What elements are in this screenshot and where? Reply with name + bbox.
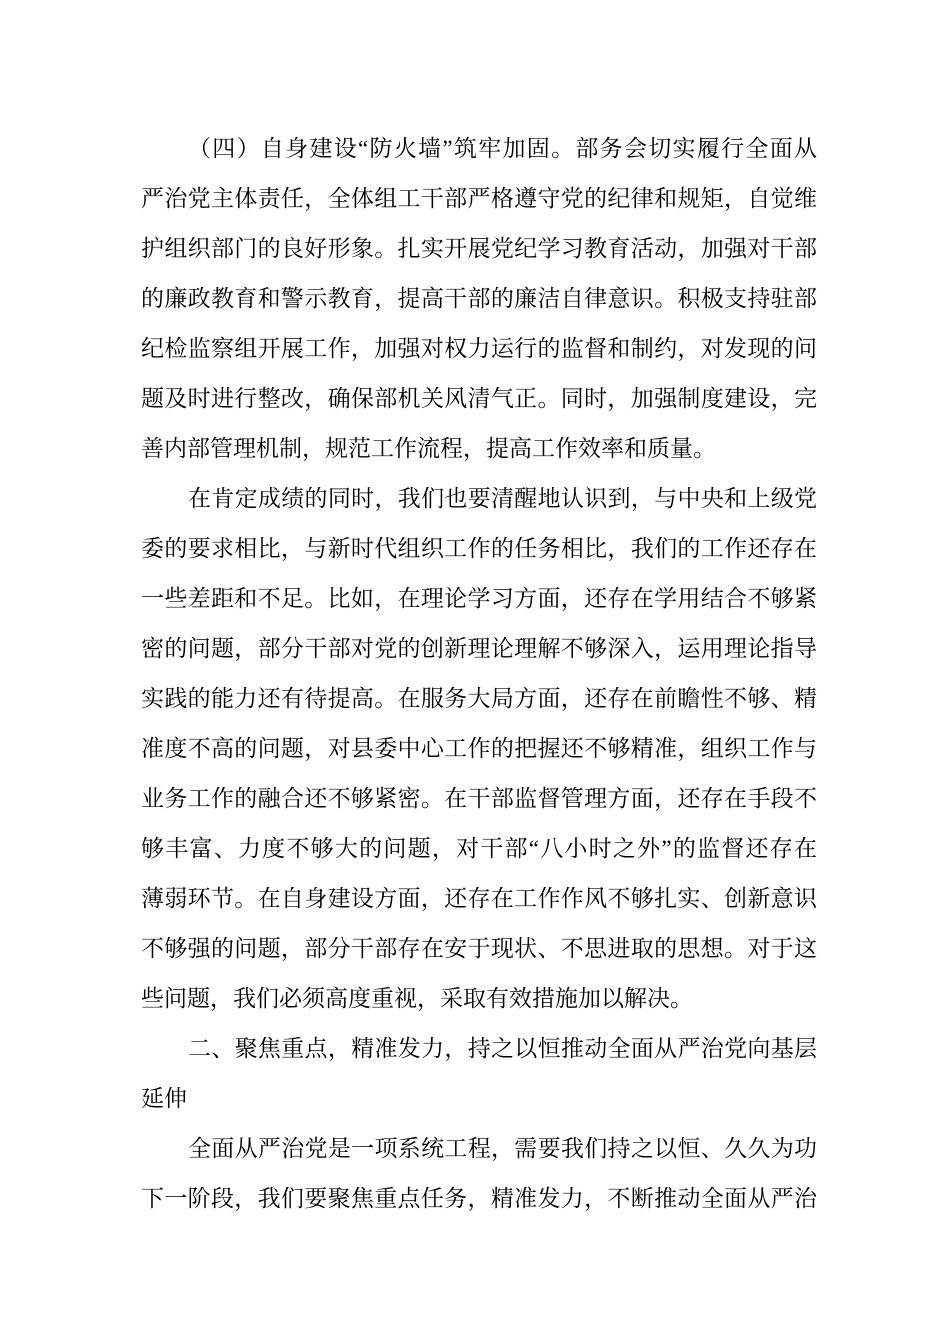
text-line: 严治党主体责任，全体组工干部严格遵守党的纪律和规矩，自觉维: [141, 174, 817, 224]
section-heading-line: 延伸: [141, 1074, 817, 1124]
text-line: 不够强的问题，部分干部存在安于现状、不思进取的思想。对于这: [141, 924, 817, 974]
text-line: 在肯定成绩的同时，我们也要清醒地认识到，与中央和上级党: [141, 474, 817, 524]
text-line: 护组织部门的良好形象。扎实开展党纪学习教育活动，加强对干部: [141, 224, 817, 274]
text-line: 下一阶段，我们要聚焦重点任务，精准发力，不断推动全面从严治: [141, 1174, 817, 1224]
text-line: 业务工作的融合还不够紧密。在干部监督管理方面，还存在手段不: [141, 774, 817, 824]
text-line: 够丰富、力度不够大的问题，对干部“八小时之外”的监督还存在: [141, 824, 817, 874]
text-line: 薄弱环节。在自身建设方面，还存在工作作风不够扎实、创新意识: [141, 874, 817, 924]
document-text-block: （四）自身建设“防火墙”筑牢加固。部务会切实履行全面从严治党主体责任，全体组工干…: [141, 124, 817, 1224]
text-line: 一些差距和不足。比如，在理论学习方面，还存在学用结合不够紧: [141, 574, 817, 624]
document-page: （四）自身建设“防火墙”筑牢加固。部务会切实履行全面从严治党主体责任，全体组工干…: [0, 0, 950, 1344]
text-line: 的廉政教育和警示教育，提高干部的廉洁自律意识。积极支持驻部: [141, 274, 817, 324]
text-line: 题及时进行整改，确保部机关风清气正。同时，加强制度建设，完: [141, 374, 817, 424]
section-heading-line: 二、聚焦重点，精准发力，持之以恒推动全面从严治党向基层: [141, 1024, 817, 1074]
text-line: 委的要求相比，与新时代组织工作的任务相比，我们的工作还存在: [141, 524, 817, 574]
text-line: 准度不高的问题，对县委中心工作的把握还不够精准，组织工作与: [141, 724, 817, 774]
text-line: 善内部管理机制，规范工作流程，提高工作效率和质量。: [141, 424, 817, 474]
text-line: 实践的能力还有待提高。在服务大局方面，还存在前瞻性不够、精: [141, 674, 817, 724]
text-line: 纪检监察组开展工作，加强对权力运行的监督和制约，对发现的问: [141, 324, 817, 374]
text-line: （四）自身建设“防火墙”筑牢加固。部务会切实履行全面从: [141, 124, 817, 174]
text-line: 些问题，我们必须高度重视，采取有效措施加以解决。: [141, 974, 817, 1024]
text-line: 全面从严治党是一项系统工程，需要我们持之以恒、久久为功: [141, 1124, 817, 1174]
text-line: 密的问题，部分干部对党的创新理论理解不够深入，运用理论指导: [141, 624, 817, 674]
